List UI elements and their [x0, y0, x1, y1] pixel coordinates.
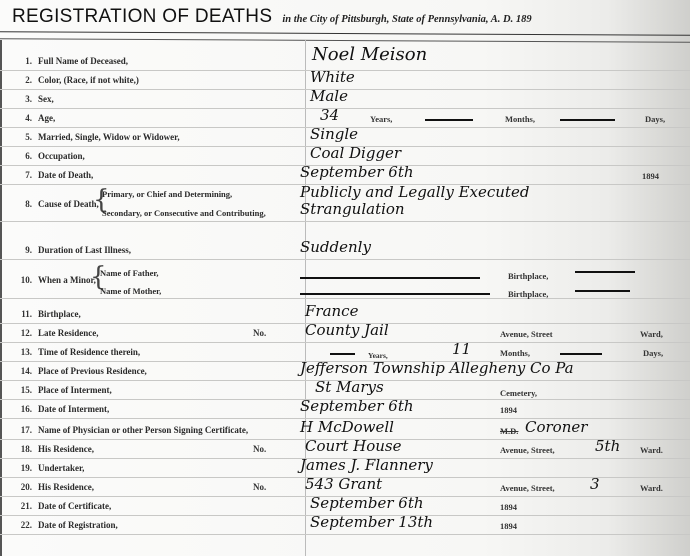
field-label: Color, (Race, if not white,) [38, 75, 139, 85]
undertaker-residence-value: 543 Grant [305, 475, 382, 493]
date-of-death-value: September 6th [300, 163, 414, 181]
field-row-16: 16. Date of Interment, September 6th 189… [0, 400, 690, 419]
field-row-9: 9. Duration of Last Illness, Suddenly [0, 241, 690, 260]
field-number: 6. [14, 151, 32, 161]
field-number: 3. [14, 94, 32, 104]
field-label: His Residence, [38, 482, 94, 492]
register-page: REGISTRATION OF DEATHS in the City of Pi… [0, 0, 690, 556]
months-label: Months, [505, 114, 535, 124]
field-number: 1. [14, 56, 32, 66]
registration-date-value: September 13th [310, 513, 433, 531]
sex-value: Male [310, 87, 348, 105]
street-label: Avenue, Street, [500, 445, 555, 455]
interment-place-value: St Marys [315, 378, 384, 396]
blank-dash [560, 353, 602, 355]
months-label: Months, [500, 348, 530, 358]
field-row-12: 12. Late Residence, No. County Jail Aven… [0, 324, 690, 343]
field-row-10: 10. When a Minor, { Name of Father, Name… [0, 262, 690, 299]
previous-residence-value: Jefferson Township Allegheny Co Pa [300, 359, 574, 377]
illness-duration-value: Suddenly [300, 238, 371, 256]
mother-birthplace-label: Birthplace, [508, 289, 548, 299]
field-label: Late Residence, [38, 328, 99, 338]
blank-dash [560, 119, 615, 121]
street-label: Avenue, Street, [500, 483, 555, 493]
physician-name-value: H McDowell [300, 418, 394, 436]
birthplace-value: France [305, 302, 358, 320]
number-label: No. [253, 482, 266, 492]
field-label: Birthplace, [38, 309, 81, 319]
days-label: Days, [645, 114, 665, 124]
field-number: 7. [14, 170, 32, 180]
field-number: 10. [14, 275, 32, 285]
field-label: Name of Physician or other Person Signin… [38, 425, 248, 435]
ward-label: Ward, [640, 329, 663, 339]
field-number: 15. [14, 385, 32, 395]
primary-cause-label: Primary, or Chief and Determining, [102, 189, 232, 199]
field-row-22: 22. Date of Registration, September 13th… [0, 516, 690, 535]
physician-ward-value: 5th [595, 437, 620, 455]
field-number: 18. [14, 444, 32, 454]
field-row-3: 3. Sex, Male [0, 90, 690, 109]
register-subtitle: in the City of Pittsburgh, State of Penn… [282, 14, 531, 25]
number-label: No. [253, 328, 266, 338]
field-number: 19. [14, 463, 32, 473]
father-name-label: Name of Father, [100, 268, 158, 278]
field-number: 17. [14, 425, 32, 435]
primary-cause-value: Publicly and Legally Executed [300, 183, 529, 201]
residence-months-value: 11 [452, 340, 471, 358]
field-label: Date of Registration, [38, 520, 118, 530]
years-label: Years, [370, 114, 392, 124]
field-number: 20. [14, 482, 32, 492]
field-number: 8. [14, 199, 32, 209]
undertaker-value: James J. Flannery [300, 456, 433, 474]
field-number: 13. [14, 347, 32, 357]
field-label: Duration of Last Illness, [38, 245, 131, 255]
field-label: Place of Previous Residence, [38, 366, 147, 376]
field-number: 14. [14, 366, 32, 376]
field-label: Age, [38, 113, 55, 123]
md-label: M.D. [500, 426, 518, 436]
deceased-name-value: Noel Meison [312, 44, 427, 65]
header-rule [0, 31, 690, 43]
field-number: 2. [14, 75, 32, 85]
field-label: Date of Certificate, [38, 501, 111, 511]
blank-dash [300, 277, 480, 279]
age-years-value: 34 [320, 106, 339, 124]
field-label: Place of Interment, [38, 385, 112, 395]
register-title: REGISTRATION OF DEATHS [12, 6, 272, 27]
field-number: 21. [14, 501, 32, 511]
days-label: Days, [643, 348, 663, 358]
field-label: Occupation, [38, 151, 85, 161]
field-label: Married, Single, Widow or Widower, [38, 132, 180, 142]
field-row-8: 8. Cause of Death, { Primary, or Chief a… [0, 185, 690, 222]
registration-year: 1894 [500, 521, 517, 531]
interment-date-value: September 6th [300, 397, 414, 415]
father-birthplace-label: Birthplace, [508, 271, 548, 281]
field-number: 22. [14, 520, 32, 530]
occupation-value: Coal Digger [310, 144, 401, 162]
secondary-cause-value: Strangulation [300, 200, 405, 218]
interment-year: 1894 [500, 405, 517, 415]
field-number: 16. [14, 404, 32, 414]
blank-dash [425, 119, 473, 121]
field-label: Date of Interment, [38, 404, 109, 414]
field-number: 4. [14, 113, 32, 123]
register-header: REGISTRATION OF DEATHS in the City of Pi… [12, 6, 650, 30]
physician-residence-value: Court House [305, 437, 401, 455]
field-label: Cause of Death, [38, 199, 99, 209]
date-of-death-year: 1894 [642, 171, 659, 181]
field-number: 9. [14, 245, 32, 255]
blank-dash [330, 353, 355, 355]
blank-dash [575, 271, 635, 273]
number-label: No. [253, 444, 266, 454]
undertaker-ward-value: 3 [590, 475, 600, 493]
certificate-date-value: September 6th [310, 494, 424, 512]
ward-label: Ward. [640, 445, 663, 455]
secondary-cause-label: Secondary, or Consecutive and Contributi… [102, 208, 266, 218]
field-label: Sex, [38, 94, 54, 104]
field-label: Undertaker, [38, 463, 84, 473]
field-label: Time of Residence therein, [38, 347, 140, 357]
blank-dash [575, 290, 630, 292]
field-label: Date of Death, [38, 170, 93, 180]
field-number: 11. [14, 309, 32, 319]
blank-dash [300, 293, 490, 295]
field-label: When a Minor, [38, 275, 96, 285]
ward-label: Ward. [640, 483, 663, 493]
field-number: 12. [14, 328, 32, 338]
physician-title-value: Coroner [525, 418, 587, 436]
marital-status-value: Single [310, 125, 358, 143]
field-label: His Residence, [38, 444, 94, 454]
field-number: 5. [14, 132, 32, 142]
mother-name-label: Name of Mother, [100, 286, 161, 296]
street-label: Avenue, Street [500, 329, 553, 339]
field-label: Full Name of Deceased, [38, 56, 128, 66]
late-residence-value: County Jail [305, 321, 389, 339]
cemetery-label: Cemetery, [500, 388, 537, 398]
color-value: White [310, 68, 355, 86]
certificate-year: 1894 [500, 502, 517, 512]
